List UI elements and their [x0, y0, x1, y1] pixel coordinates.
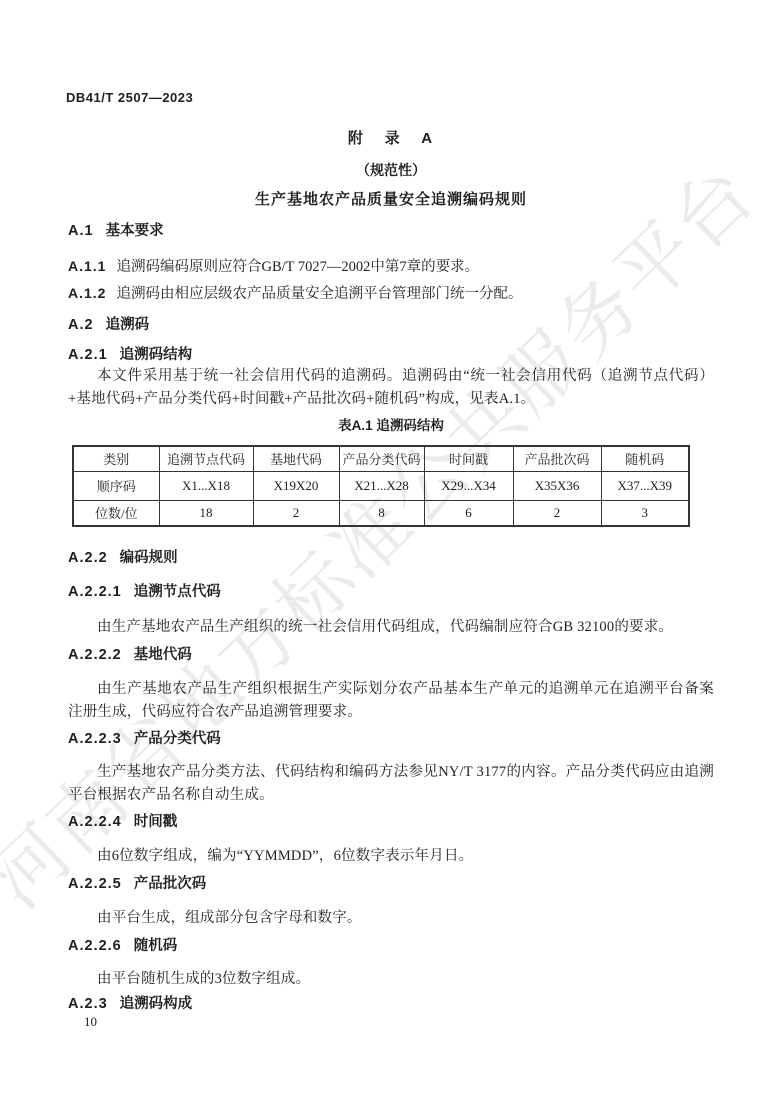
table-header-cell: 时间戳: [424, 446, 513, 471]
clause-a1-1: A.1.1追溯码编码原则应符合GB/T 7027—2002中第7章的要求。: [68, 255, 714, 279]
heading-a223: A.2.2.3产品分类代码: [68, 731, 714, 748]
heading-a221-number: A.2.2.1: [68, 584, 122, 600]
heading-a226-number: A.2.2.6: [68, 938, 122, 954]
paragraph-a221: 由生产基地农产品生产组织的统一社会信用代码组成，代码编制应符合GB 32100的…: [68, 616, 714, 639]
table-cell: X37...X39: [601, 471, 689, 500]
table-cell: 2: [253, 500, 339, 526]
appendix-label: 附 录 A: [68, 130, 714, 148]
table-cell: X1...X18: [159, 471, 253, 500]
heading-a225-title: 产品批次码: [134, 876, 207, 892]
table-cell: 顺序码: [73, 471, 159, 500]
heading-a22-title: 编码规则: [120, 550, 178, 566]
heading-a1-number: A.1: [68, 223, 94, 239]
table-header-cell: 产品批次码: [513, 446, 601, 471]
heading-a2: A.2追溯码: [68, 317, 714, 334]
clause-a1-2-text: 追溯码由相应层级农产品质量安全追溯平台管理部门统一分配。: [116, 286, 522, 302]
table-header-cell: 追溯节点代码: [159, 446, 253, 471]
clause-a1-2-number: A.1.2: [68, 285, 106, 301]
heading-a23: A.2.3追溯码构成: [68, 996, 714, 1013]
table-caption: 表A.1 追溯码结构: [68, 417, 714, 434]
page-number: 10: [84, 1014, 97, 1030]
heading-a1-title: 基本要求: [106, 223, 164, 239]
appendix-title: 生产基地农产品质量安全追溯编码规则: [68, 190, 714, 209]
heading-a223-number: A.2.2.3: [68, 731, 122, 747]
paragraph-a225: 由平台生成，组成部分包含字母和数字。: [68, 907, 714, 930]
appendix-normative-label: （规范性）: [68, 161, 714, 179]
table-cell: 8: [339, 500, 424, 526]
heading-a23-number: A.2.3: [68, 996, 108, 1012]
heading-a222-title: 基地代码: [134, 647, 192, 663]
table-header-cell: 类别: [73, 446, 159, 471]
heading-a226-title: 随机码: [134, 938, 178, 954]
paragraph-a226: 由平台随机生成的3位数字组成。: [68, 968, 714, 991]
table-header-cell: 基地代码: [253, 446, 339, 471]
heading-a221: A.2.2.1追溯节点代码: [68, 584, 714, 601]
heading-a226: A.2.2.6随机码: [68, 938, 714, 955]
paragraph-a224: 由6位数字组成，编为“YYMMDD”，6位数字表示年月日。: [68, 845, 714, 868]
table-cell: 位数/位: [73, 500, 159, 526]
table-header-cell: 随机码: [601, 446, 689, 471]
clause-a1-1-text: 追溯码编码原则应符合GB/T 7027—2002中第7章的要求。: [116, 259, 479, 275]
table-cell: 18: [159, 500, 253, 526]
heading-a23-title: 追溯码构成: [120, 996, 193, 1012]
clause-a1-2: A.1.2追溯码由相应层级农产品质量安全追溯平台管理部门统一分配。: [68, 282, 714, 306]
paragraph-a222: 由生产基地农产品生产组织根据生产实际划分农产品基本生产单元的追溯单元在追溯平台备…: [68, 678, 714, 724]
table-row-digits: 位数/位 18 2 8 6 2 3: [73, 500, 689, 526]
table-cell: 2: [513, 500, 601, 526]
heading-a221-title: 追溯节点代码: [134, 584, 221, 600]
heading-a22-number: A.2.2: [68, 550, 108, 566]
heading-a225: A.2.2.5产品批次码: [68, 876, 714, 893]
heading-a224: A.2.2.4时间戳: [68, 814, 714, 831]
heading-a223-title: 产品分类代码: [134, 731, 221, 747]
heading-a2-title: 追溯码: [106, 317, 150, 333]
clause-a1-1-number: A.1.1: [68, 258, 106, 274]
table-cell: 3: [601, 500, 689, 526]
heading-a21: A.2.1追溯码结构: [68, 347, 714, 364]
table-cell: X19X20: [253, 471, 339, 500]
table-a1-trace-code-structure: 类别 追溯节点代码 基地代码 产品分类代码 时间戳 产品批次码 随机码 顺序码 …: [72, 445, 690, 527]
page-content: 附 录 A （规范性） 生产基地农产品质量安全追溯编码规则 A.1基本要求 A.…: [68, 120, 714, 1013]
heading-a1: A.1基本要求: [68, 223, 714, 240]
table-cell: X29...X34: [424, 471, 513, 500]
heading-a21-title: 追溯码结构: [120, 347, 193, 363]
table-cell: X35X36: [513, 471, 601, 500]
heading-a224-number: A.2.2.4: [68, 814, 122, 830]
table-header-row: 类别 追溯节点代码 基地代码 产品分类代码 时间戳 产品批次码 随机码: [73, 446, 689, 471]
heading-a225-number: A.2.2.5: [68, 876, 122, 892]
paragraph-a223: 生产基地农产品分类方法、代码结构和编码方法参见NY/T 3177的内容。产品分类…: [68, 761, 714, 807]
heading-a222-number: A.2.2.2: [68, 647, 122, 663]
table-row-sequence: 顺序码 X1...X18 X19X20 X21...X28 X29...X34 …: [73, 471, 689, 500]
table-cell: 6: [424, 500, 513, 526]
standard-number: DB41/T 2507—2023: [66, 90, 193, 105]
table-cell: X21...X28: [339, 471, 424, 500]
table-header-cell: 产品分类代码: [339, 446, 424, 471]
paragraph-a21: 本文件采用基于统一社会信用代码的追溯码。追溯码由“统一社会信用代码（追溯节点代码…: [68, 365, 714, 411]
heading-a22: A.2.2编码规则: [68, 550, 714, 567]
heading-a21-number: A.2.1: [68, 347, 108, 363]
heading-a224-title: 时间戳: [134, 814, 178, 830]
heading-a222: A.2.2.2基地代码: [68, 647, 714, 664]
heading-a2-number: A.2: [68, 317, 94, 333]
